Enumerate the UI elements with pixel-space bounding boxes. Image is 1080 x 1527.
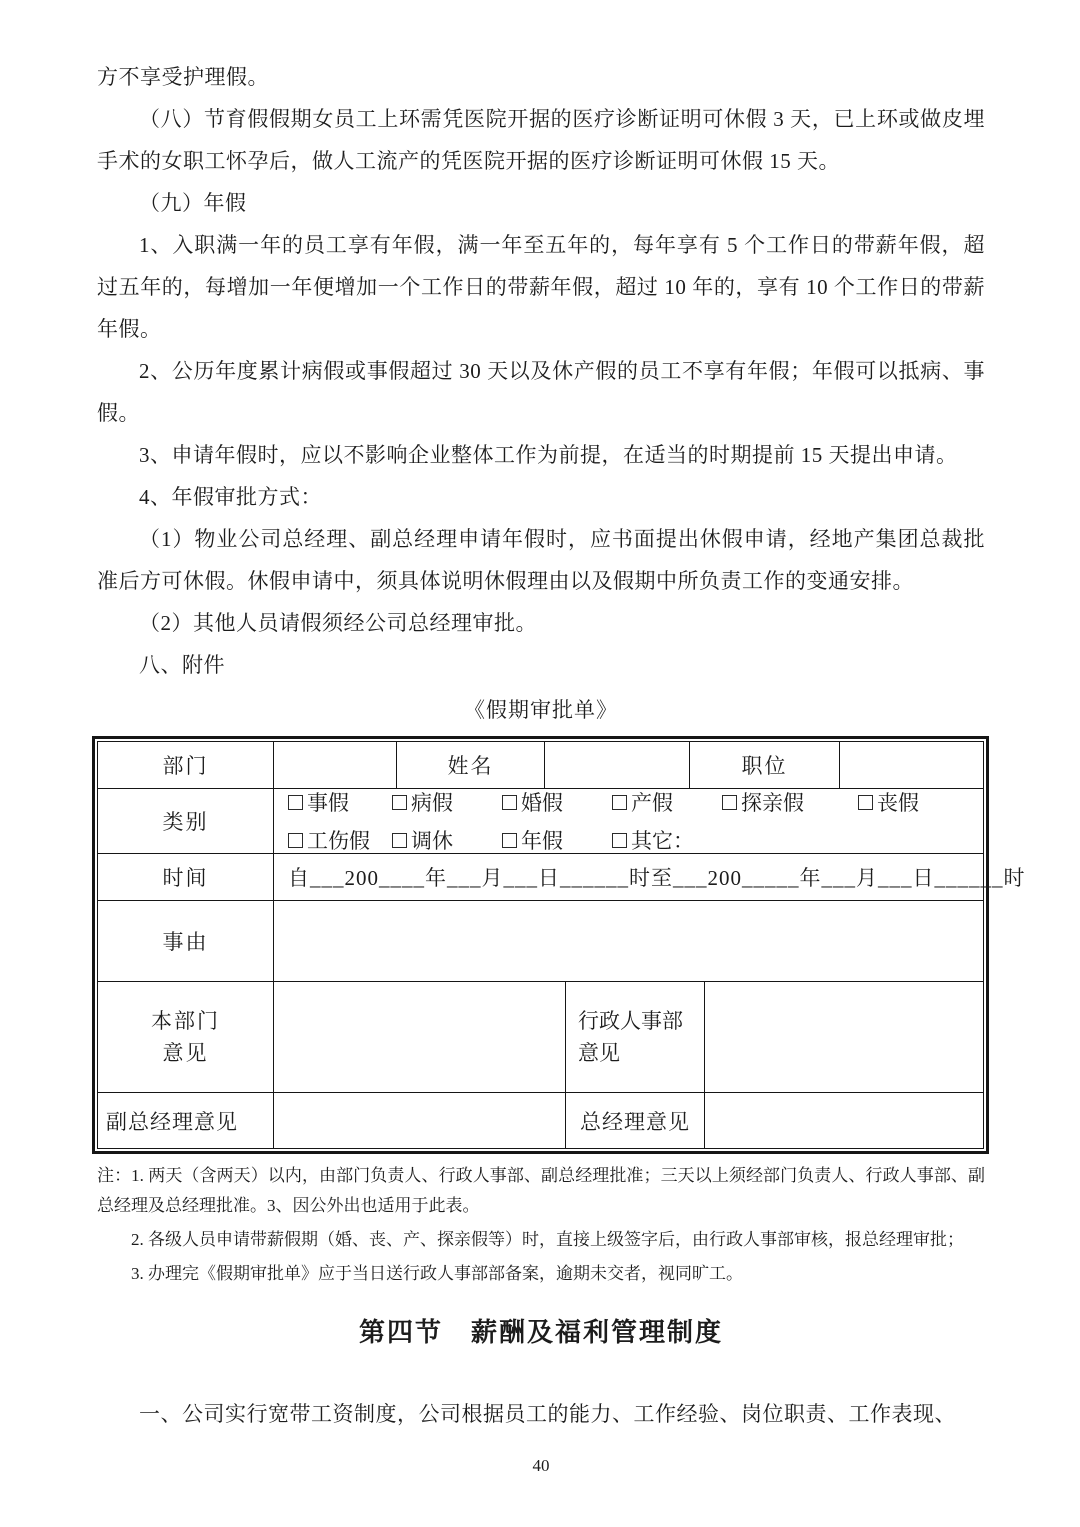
note-item: 3. 办理完《假期审批单》应于当日送行政人事部部备案，逾期未交者，视同旷工。	[97, 1259, 985, 1289]
category-label-cell: 类别	[98, 789, 274, 853]
note-item: 2. 各级人员申请带薪假期（婚、丧、产、探亲假等）时，直接上级签字后，由行政人事…	[97, 1225, 985, 1255]
dept-opinion-line1: 本部门	[151, 1005, 220, 1037]
body-paragraph: （1）物业公司总经理、副总经理申请年假时，应书面提出休假申请，经地产集团总裁批准…	[97, 518, 985, 602]
checkbox-icon	[392, 833, 407, 848]
checkbox-icon	[612, 833, 627, 848]
checkbox-icon	[288, 795, 303, 810]
body-paragraph: 4、年假审批方式：	[97, 476, 985, 518]
closing-paragraph: 一、公司实行宽带工资制度，公司根据员工的能力、工作经验、岗位职责、工作表现、	[97, 1393, 985, 1435]
body-paragraph: 方不享受护理假。	[97, 56, 985, 98]
leave-approval-form-table: 部门 姓名 职位 类别 事假 病假 婚假 产假 探亲假 丧假	[92, 736, 989, 1154]
checkbox-icon	[288, 833, 303, 848]
body-paragraph: 1、入职满一年的员工享有年假，满一年至五年的，每年享有 5 个工作日的带薪年假，…	[97, 224, 985, 350]
dept-opinion-line2: 意见	[163, 1037, 209, 1069]
checkbox-option: 事假	[288, 787, 392, 817]
form-notes: 注：1. 两天（含两天）以内，由部门负责人、行政人事部、副总经理批准；三天以上须…	[97, 1161, 985, 1289]
checkbox-label: 工伤假	[307, 825, 370, 855]
hr-opinion-line2: 意见	[578, 1037, 683, 1069]
section-heading: 第四节 薪酬及福利管理制度	[97, 1315, 985, 1351]
time-row: 时间 自___200____年___月___日______时至___200___…	[98, 854, 983, 901]
checkbox-label: 其它：	[631, 825, 694, 855]
body-paragraph: 2、公历年度累计病假或事假超过 30 天以及休产假的员工不享有年假；年假可以抵病…	[97, 350, 985, 434]
checkbox-option: 病假	[392, 787, 502, 817]
note-item: 注：1. 两天（含两天）以内，由部门负责人、行政人事部、副总经理批准；三天以上须…	[97, 1161, 985, 1221]
body-paragraph: 3、申请年假时，应以不影响企业整体工作为前提，在适当的时期提前 15 天提出申请…	[97, 434, 985, 476]
checkbox-label: 年假	[521, 825, 563, 855]
time-blank-line: 自___200____年___月___日______时至___200_____年…	[274, 862, 1026, 892]
body-paragraph: 八、附件	[97, 644, 985, 686]
vice-gm-opinion-label-cell: 副总经理意见	[98, 1093, 274, 1148]
dept-label-cell: 部门	[98, 742, 274, 788]
hr-opinion-label-cell: 行政人事部 意见	[566, 982, 705, 1092]
time-value-cell: 自___200____年___月___日______时至___200_____年…	[274, 854, 983, 900]
category-options-cell: 事假 病假 婚假 产假 探亲假 丧假 工伤假 调休 年假 其它：	[274, 789, 983, 853]
vice-gm-opinion-value-cell	[274, 1093, 566, 1148]
position-label-cell: 职位	[690, 742, 840, 788]
reason-label-cell: 事由	[98, 901, 274, 981]
dept-opinion-value-cell	[274, 982, 566, 1092]
gm-opinion-label-cell: 总经理意见	[566, 1093, 705, 1148]
checkbox-option: 探亲假	[722, 787, 858, 817]
opinion-row-1: 本部门 意见 行政人事部 意见	[98, 982, 983, 1093]
checkbox-label: 调休	[411, 825, 453, 855]
checkbox-option: 年假	[502, 825, 612, 855]
checkbox-option: 产假	[612, 787, 722, 817]
checkbox-icon	[858, 795, 873, 810]
checkbox-grid: 事假 病假 婚假 产假 探亲假 丧假 工伤假 调休 年假 其它：	[274, 787, 983, 855]
dept-value-cell	[274, 742, 397, 788]
document-page: 方不享受护理假。 （八）节育假假期女员工上环需凭医院开据的医疗诊断证明可休假 3…	[0, 0, 1080, 1527]
checkbox-option: 工伤假	[288, 825, 392, 855]
body-paragraph: （2）其他人员请假须经公司总经理审批。	[97, 602, 985, 644]
form-header-row: 部门 姓名 职位	[98, 742, 983, 789]
body-paragraph: （九）年假	[97, 182, 985, 224]
checkbox-icon	[392, 795, 407, 810]
hr-opinion-line1: 行政人事部	[578, 1005, 683, 1037]
body-paragraph: （八）节育假假期女员工上环需凭医院开据的医疗诊断证明可休假 3 天，已上环或做皮…	[97, 98, 985, 182]
checkbox-label: 探亲假	[741, 787, 804, 817]
opinion-row-2: 副总经理意见 总经理意见	[98, 1093, 983, 1148]
checkbox-icon	[502, 833, 517, 848]
time-label-cell: 时间	[98, 854, 274, 900]
checkbox-icon	[722, 795, 737, 810]
dept-opinion-label-cell: 本部门 意见	[98, 982, 274, 1092]
checkbox-icon	[612, 795, 627, 810]
hr-opinion-value-cell	[705, 982, 983, 1092]
name-label-cell: 姓名	[397, 742, 545, 788]
form-title: 《假期审批单》	[97, 692, 985, 728]
checkbox-label: 丧假	[877, 787, 919, 817]
checkbox-label: 病假	[411, 787, 453, 817]
checkbox-label: 产假	[631, 787, 673, 817]
checkbox-label: 婚假	[521, 787, 563, 817]
checkbox-option: 丧假	[858, 787, 983, 817]
gm-opinion-value-cell	[705, 1093, 983, 1148]
checkbox-option: 调休	[392, 825, 502, 855]
category-row: 类别 事假 病假 婚假 产假 探亲假 丧假 工伤假 调休 年假 其它：	[98, 789, 983, 854]
reason-value-cell	[274, 901, 983, 981]
checkbox-label: 事假	[307, 787, 349, 817]
checkbox-icon	[502, 795, 517, 810]
name-value-cell	[545, 742, 690, 788]
checkbox-option: 其它：	[612, 825, 722, 855]
position-value-cell	[840, 742, 983, 788]
body-text-block: 方不享受护理假。 （八）节育假假期女员工上环需凭医院开据的医疗诊断证明可休假 3…	[97, 56, 985, 686]
reason-row: 事由	[98, 901, 983, 982]
page-number: 40	[97, 1456, 985, 1476]
checkbox-option: 婚假	[502, 787, 612, 817]
